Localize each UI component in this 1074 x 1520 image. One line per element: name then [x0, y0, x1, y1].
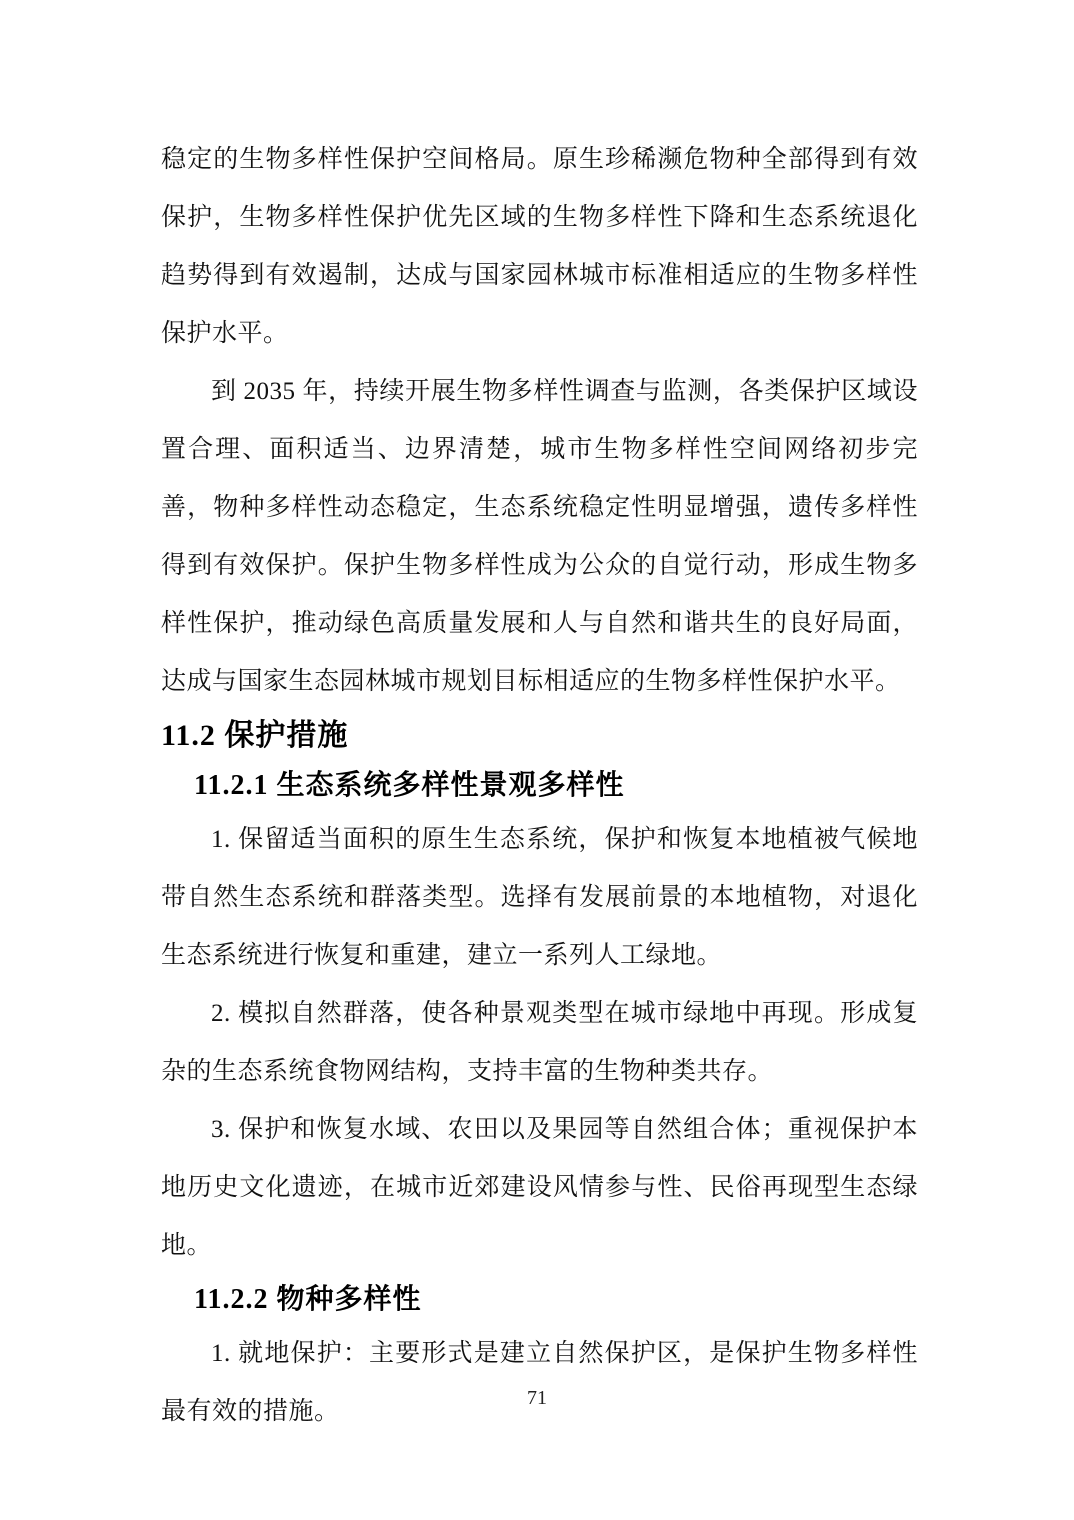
subsection-heading-11-2-2: 11.2.2 物种多样性 [161, 1275, 918, 1325]
list-item-ecosystem-1: 1. 保留适当面积的原生生态系统，保护和恢复本地植被气候地带自然生态系统和群落类… [161, 811, 918, 985]
paragraph-2035-goals: 到 2035 年，持续开展生物多样性调查与监测，各类保护区域设置合理、面积适当、… [161, 363, 918, 711]
page-number: 71 [0, 1386, 1074, 1410]
list-item-species-1: 1. 就地保护：主要形式是建立自然保护区，是保护生物多样性最有效的措施。 [161, 1325, 918, 1441]
section-heading-11-2: 11.2 保护措施 [161, 711, 918, 761]
list-item-ecosystem-2: 2. 模拟自然群落，使各种景观类型在城市绿地中再现。形成复杂的生态系统食物网结构… [161, 985, 918, 1101]
list-item-ecosystem-3: 3. 保护和恢复水域、农田以及果园等自然组合体；重视保护本地历史文化遗迹，在城市… [161, 1101, 918, 1275]
subsection-heading-11-2-1: 11.2.1 生态系统多样性景观多样性 [161, 761, 918, 811]
paragraph-continuation: 稳定的生物多样性保护空间格局。原生珍稀濒危物种全部得到有效保护，生物多样性保护优… [161, 131, 918, 363]
page-content: 稳定的生物多样性保护空间格局。原生珍稀濒危物种全部得到有效保护，生物多样性保护优… [161, 131, 918, 1441]
document-page: 稳定的生物多样性保护空间格局。原生珍稀濒危物种全部得到有效保护，生物多样性保护优… [0, 0, 1074, 1520]
